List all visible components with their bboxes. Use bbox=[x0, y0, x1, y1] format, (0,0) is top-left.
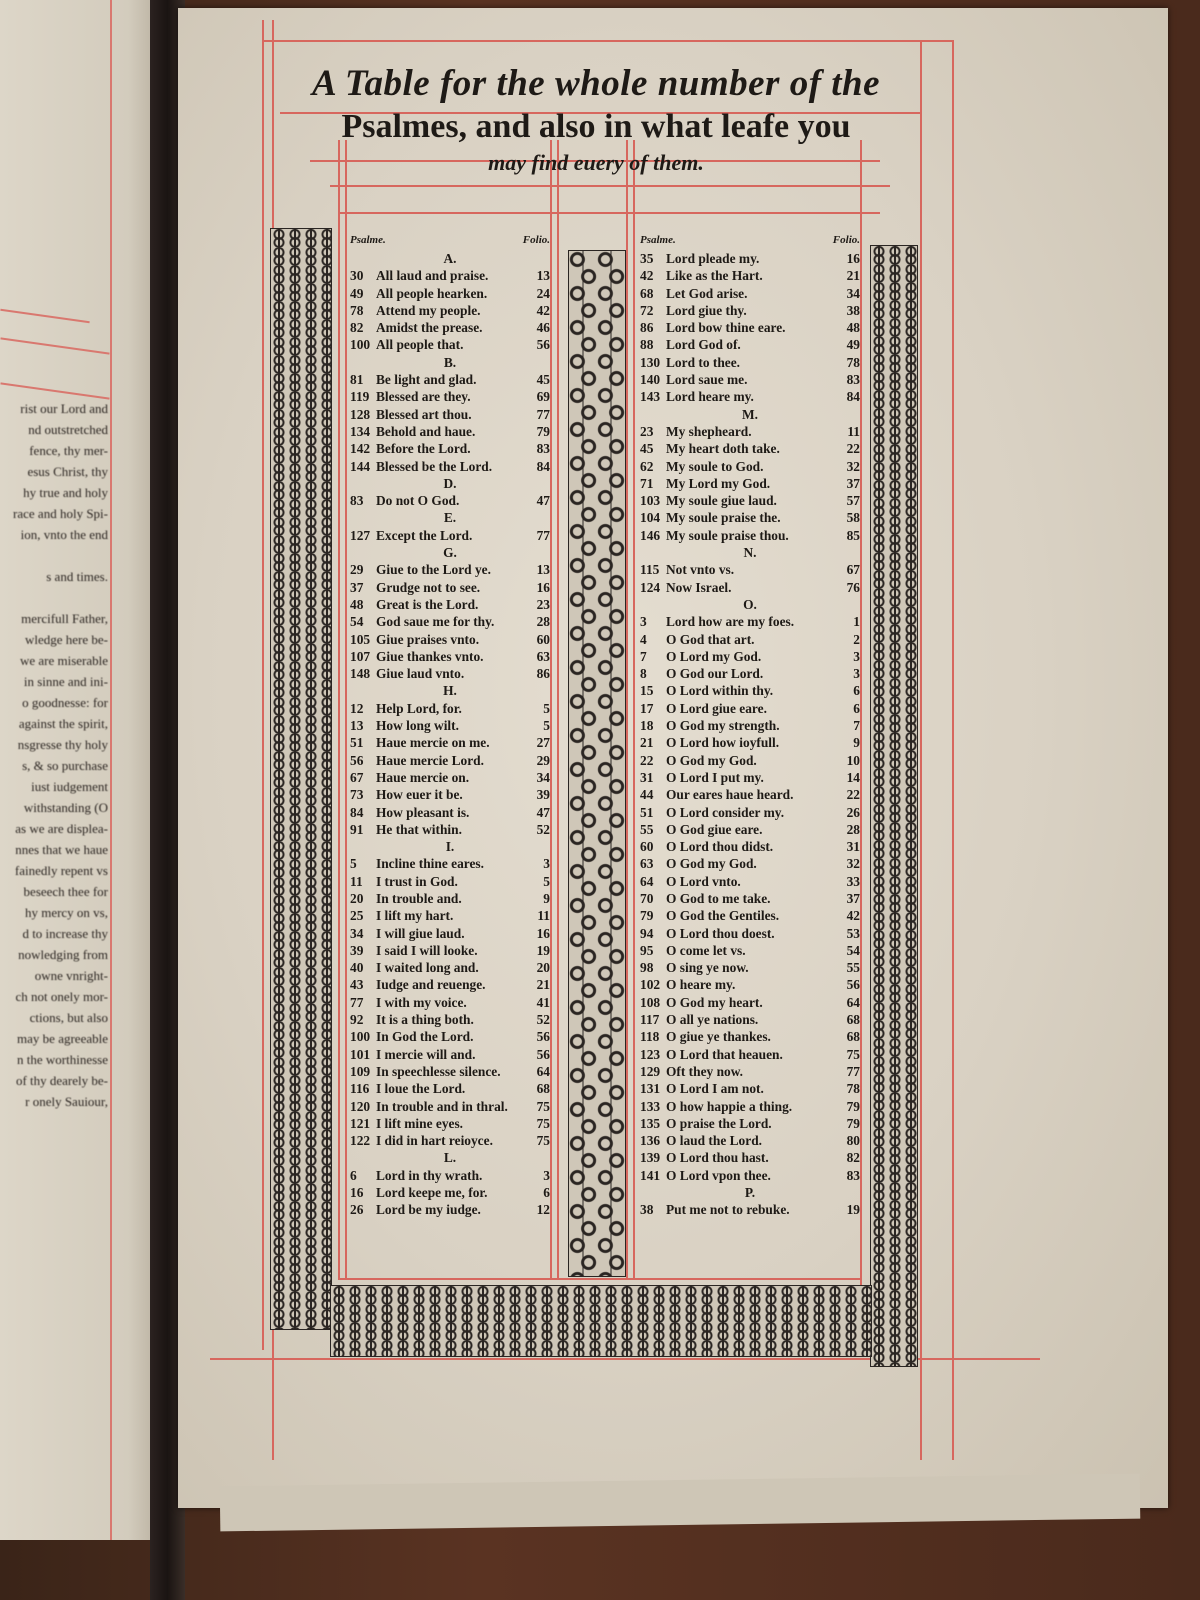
previous-page-line bbox=[0, 209, 108, 230]
psalm-number: 38 bbox=[640, 1201, 666, 1218]
psalm-incipit: Lord in thy wrath. bbox=[376, 1167, 526, 1184]
index-entry: 34I will giue laud.16 bbox=[350, 925, 550, 942]
folio-number: 77 bbox=[526, 527, 550, 544]
psalm-incipit: My soule giue laud. bbox=[666, 492, 836, 509]
psalm-incipit: O Lord how ioyfull. bbox=[666, 734, 836, 751]
psalm-number: 78 bbox=[350, 302, 376, 319]
folio-number: 9 bbox=[526, 890, 550, 907]
index-entry: 95O come let vs.54 bbox=[640, 942, 860, 959]
index-entry: 143Lord heare my.84 bbox=[640, 388, 860, 405]
psalm-number: 15 bbox=[640, 682, 666, 699]
folio-number: 20 bbox=[526, 959, 550, 976]
title-line-2: Psalmes, and also in what leafe you bbox=[266, 106, 926, 148]
folio-number: 56 bbox=[526, 1046, 550, 1063]
psalm-number: 127 bbox=[350, 527, 376, 544]
index-entry: 103My soule giue laud.57 bbox=[640, 492, 860, 509]
psalm-incipit: In God the Lord. bbox=[376, 1028, 526, 1045]
previous-page-line: ctions, but also bbox=[0, 1007, 108, 1028]
index-entry: 20In trouble and.9 bbox=[350, 890, 550, 907]
index-entry: 44Our eares haue heard.22 bbox=[640, 786, 860, 803]
psalm-number: 25 bbox=[350, 907, 376, 924]
previous-page-line: s, & so purchase bbox=[0, 755, 108, 776]
psalm-number: 42 bbox=[640, 267, 666, 284]
folio-number: 52 bbox=[526, 1011, 550, 1028]
folio-number: 83 bbox=[836, 1167, 860, 1184]
index-entry: 92It is a thing both.52 bbox=[350, 1011, 550, 1028]
section-letter: H. bbox=[350, 682, 550, 699]
psalm-number: 55 bbox=[640, 821, 666, 838]
previous-page-text: rist our Lord andnd outstretchedfence, t… bbox=[0, 20, 108, 1112]
folio-number: 7 bbox=[836, 717, 860, 734]
psalm-number: 51 bbox=[350, 734, 376, 751]
index-entry: 35Lord pleade my.16 bbox=[640, 250, 860, 267]
index-entry: 56Haue mercie Lord.29 bbox=[350, 752, 550, 769]
index-entry: 39I said I will looke.19 bbox=[350, 942, 550, 959]
index-entry: 7O Lord my God.3 bbox=[640, 648, 860, 665]
psalm-incipit: Incline thine eares. bbox=[376, 855, 526, 872]
previous-page-line: as we are displea- bbox=[0, 818, 108, 839]
section-letter: D. bbox=[350, 475, 550, 492]
index-entries: 35Lord pleade my.1642Like as the Hart.21… bbox=[640, 250, 860, 1219]
index-entry: 73How euer it be.39 bbox=[350, 786, 550, 803]
psalm-number: 102 bbox=[640, 976, 666, 993]
red-rule bbox=[338, 140, 340, 1280]
index-entry: 124Now Israel.76 bbox=[640, 579, 860, 596]
folio-number: 75 bbox=[526, 1132, 550, 1149]
psalm-incipit: O giue ye thankes. bbox=[666, 1028, 836, 1045]
psalm-number: 141 bbox=[640, 1167, 666, 1184]
psalm-number: 70 bbox=[640, 890, 666, 907]
index-entry: 104My soule praise the.58 bbox=[640, 509, 860, 526]
folio-number: 77 bbox=[836, 1063, 860, 1080]
folio-number: 26 bbox=[836, 804, 860, 821]
previous-page-line bbox=[0, 41, 108, 62]
folio-number: 46 bbox=[526, 319, 550, 336]
psalm-incipit: O Lord I put my. bbox=[666, 769, 836, 786]
previous-page-line: we are miserable bbox=[0, 650, 108, 671]
index-entry: 82Amidst the prease.46 bbox=[350, 319, 550, 336]
psalm-number: 29 bbox=[350, 561, 376, 578]
psalm-number: 44 bbox=[640, 786, 666, 803]
folio-number: 22 bbox=[836, 786, 860, 803]
folio-number: 75 bbox=[526, 1098, 550, 1115]
folio-number: 56 bbox=[526, 336, 550, 353]
previous-page-line: rist our Lord and bbox=[0, 398, 108, 419]
index-entry: 83Do not O God.47 bbox=[350, 492, 550, 509]
psalm-number: 72 bbox=[640, 302, 666, 319]
previous-page-line bbox=[0, 104, 108, 125]
psalm-incipit: O praise the Lord. bbox=[666, 1115, 836, 1132]
index-entry: 70O God to me take.37 bbox=[640, 890, 860, 907]
index-entry: 30All laud and praise.13 bbox=[350, 267, 550, 284]
psalm-incipit: Before the Lord. bbox=[376, 440, 526, 457]
previous-page-line bbox=[0, 188, 108, 209]
index-entry: 3Lord how are my foes.1 bbox=[640, 613, 860, 630]
psalm-incipit: Do not O God. bbox=[376, 492, 526, 509]
psalm-incipit: O God that art. bbox=[666, 631, 836, 648]
previous-page-line bbox=[0, 587, 108, 608]
psalm-incipit: I lift mine eyes. bbox=[376, 1115, 526, 1132]
page-title: A Table for the whole number of the Psal… bbox=[266, 62, 926, 178]
psalm-incipit: I will giue laud. bbox=[376, 925, 526, 942]
psalm-incipit: Lord be my iudge. bbox=[376, 1201, 526, 1218]
index-entry: 12Help Lord, for.5 bbox=[350, 700, 550, 717]
psalm-incipit: I waited long and. bbox=[376, 959, 526, 976]
index-entry: 78Attend my people.42 bbox=[350, 302, 550, 319]
psalm-incipit: O God my strength. bbox=[666, 717, 836, 734]
psalm-incipit: Giue laud vnto. bbox=[376, 665, 526, 682]
psalm-number: 123 bbox=[640, 1046, 666, 1063]
folio-number: 68 bbox=[526, 1080, 550, 1097]
psalm-incipit: Lord saue me. bbox=[666, 371, 836, 388]
previous-page-line: in sinne and ini- bbox=[0, 671, 108, 692]
folio-number: 60 bbox=[526, 631, 550, 648]
psalm-incipit: I trust in God. bbox=[376, 873, 526, 890]
psalm-incipit: All laud and praise. bbox=[376, 267, 526, 284]
folio-number: 6 bbox=[836, 700, 860, 717]
index-entry: 8O God our Lord.3 bbox=[640, 665, 860, 682]
index-entry: 88Lord God of.49 bbox=[640, 336, 860, 353]
folio-number: 80 bbox=[836, 1132, 860, 1149]
psalm-number: 94 bbox=[640, 925, 666, 942]
psalm-incipit: God saue me for thy. bbox=[376, 613, 526, 630]
index-entry: 26Lord be my iudge.12 bbox=[350, 1201, 550, 1218]
index-entry: 51Haue mercie on me.27 bbox=[350, 734, 550, 751]
index-entry: 25I lift my hart.11 bbox=[350, 907, 550, 924]
folio-number: 24 bbox=[526, 285, 550, 302]
psalm-incipit: O laud the Lord. bbox=[666, 1132, 836, 1149]
section-letter: M. bbox=[640, 406, 860, 423]
psalm-index-left-column: Psalme. Folio. A.30All laud and praise.1… bbox=[350, 232, 550, 1219]
index-entry: 45My heart doth take.22 bbox=[640, 440, 860, 457]
psalm-incipit: O God my God. bbox=[666, 752, 836, 769]
psalm-incipit: Blessed art thou. bbox=[376, 406, 526, 423]
previous-page-line bbox=[0, 251, 108, 272]
index-entry: 135O praise the Lord.79 bbox=[640, 1115, 860, 1132]
folio-number: 42 bbox=[526, 302, 550, 319]
index-entry: 128Blessed art thou.77 bbox=[350, 406, 550, 423]
folio-number: 6 bbox=[526, 1184, 550, 1201]
psalm-incipit: My heart doth take. bbox=[666, 440, 836, 457]
psalm-incipit: Oft they now. bbox=[666, 1063, 836, 1080]
psalm-number: 101 bbox=[350, 1046, 376, 1063]
section-letter: A. bbox=[350, 250, 550, 267]
folio-number: 37 bbox=[836, 475, 860, 492]
psalm-number: 130 bbox=[640, 354, 666, 371]
folio-number: 31 bbox=[836, 838, 860, 855]
index-entry: 6Lord in thy wrath.3 bbox=[350, 1167, 550, 1184]
psalm-incipit: O how happie a thing. bbox=[666, 1098, 836, 1115]
folio-number: 16 bbox=[836, 250, 860, 267]
section-letter: L. bbox=[350, 1149, 550, 1166]
psalm-number: 104 bbox=[640, 509, 666, 526]
index-entry: 136O laud the Lord.80 bbox=[640, 1132, 860, 1149]
psalm-number: 22 bbox=[640, 752, 666, 769]
folio-number: 3 bbox=[526, 855, 550, 872]
folio-number: 38 bbox=[836, 302, 860, 319]
previous-page-line: withstanding (O bbox=[0, 797, 108, 818]
psalm-incipit: Haue mercie on me. bbox=[376, 734, 526, 751]
psalm-number: 60 bbox=[640, 838, 666, 855]
psalm-incipit: All people hearken. bbox=[376, 285, 526, 302]
index-entry: 5Incline thine eares.3 bbox=[350, 855, 550, 872]
section-letter: I. bbox=[350, 838, 550, 855]
psalm-incipit: Lord pleade my. bbox=[666, 250, 836, 267]
index-entry: 118O giue ye thankes.68 bbox=[640, 1028, 860, 1045]
previous-page-line: d to increase thy bbox=[0, 923, 108, 944]
folio-number: 6 bbox=[836, 682, 860, 699]
index-entry: 68Let God arise.34 bbox=[640, 285, 860, 302]
psalm-number: 6 bbox=[350, 1167, 376, 1184]
psalm-number: 26 bbox=[350, 1201, 376, 1218]
index-entry: 60O Lord thou didst.31 bbox=[640, 838, 860, 855]
psalm-incipit: My soule to God. bbox=[666, 458, 836, 475]
index-entry: 54God saue me for thy.28 bbox=[350, 613, 550, 630]
folio-number: 53 bbox=[836, 925, 860, 942]
red-rule bbox=[340, 1278, 860, 1280]
index-entry: 144Blessed be the Lord.84 bbox=[350, 458, 550, 475]
previous-page-line: r onely Sauiour, bbox=[0, 1091, 108, 1112]
psalm-incipit: It is a thing both. bbox=[376, 1011, 526, 1028]
psalm-incipit: Amidst the prease. bbox=[376, 319, 526, 336]
psalm-incipit: O Lord thou hast. bbox=[666, 1149, 836, 1166]
psalm-incipit: O sing ye now. bbox=[666, 959, 836, 976]
folio-number: 13 bbox=[526, 267, 550, 284]
psalm-number: 120 bbox=[350, 1098, 376, 1115]
psalm-number: 35 bbox=[640, 250, 666, 267]
psalm-incipit: I with my voice. bbox=[376, 994, 526, 1011]
column-header: Psalme. Folio. bbox=[350, 232, 550, 250]
psalm-incipit: O God the Gentiles. bbox=[666, 907, 836, 924]
psalm-number: 31 bbox=[640, 769, 666, 786]
psalm-incipit: Now Israel. bbox=[666, 579, 836, 596]
psalm-incipit: Haue mercie on. bbox=[376, 769, 526, 786]
folio-number: 67 bbox=[836, 561, 860, 578]
psalm-number: 107 bbox=[350, 648, 376, 665]
red-rule bbox=[860, 140, 862, 1290]
psalm-number: 77 bbox=[350, 994, 376, 1011]
previous-page-line: wledge here be- bbox=[0, 629, 108, 650]
psalm-number: 13 bbox=[350, 717, 376, 734]
index-entry: 91He that within.52 bbox=[350, 821, 550, 838]
folio-number: 49 bbox=[836, 336, 860, 353]
index-entry: 101I mercie will and.56 bbox=[350, 1046, 550, 1063]
psalm-number: 20 bbox=[350, 890, 376, 907]
psalm-number: 140 bbox=[640, 371, 666, 388]
previous-page-line bbox=[0, 377, 108, 398]
psalm-incipit: Help Lord, for. bbox=[376, 700, 526, 717]
psalm-number: 143 bbox=[640, 388, 666, 405]
psalm-incipit: Giue thankes vnto. bbox=[376, 648, 526, 665]
index-entry: 130Lord to thee.78 bbox=[640, 354, 860, 371]
folio-number: 76 bbox=[836, 579, 860, 596]
index-entry: 31O Lord I put my.14 bbox=[640, 769, 860, 786]
psalm-number: 39 bbox=[350, 942, 376, 959]
psalm-header: Psalme. bbox=[640, 232, 676, 250]
folio-number: 12 bbox=[526, 1201, 550, 1218]
previous-page-line bbox=[0, 314, 108, 335]
index-entry: 71My Lord my God.37 bbox=[640, 475, 860, 492]
folio-number: 45 bbox=[526, 371, 550, 388]
previous-page-line: may be agreeable bbox=[0, 1028, 108, 1049]
previous-page-line: fainedly repent vs bbox=[0, 860, 108, 881]
previous-page-line bbox=[0, 167, 108, 188]
psalm-number: 62 bbox=[640, 458, 666, 475]
folio-number: 82 bbox=[836, 1149, 860, 1166]
title-line-1: A Table for the whole number of the bbox=[266, 62, 926, 106]
folio-number: 58 bbox=[836, 509, 860, 526]
psalm-number: 83 bbox=[350, 492, 376, 509]
folio-number: 3 bbox=[526, 1167, 550, 1184]
folio-number: 83 bbox=[836, 371, 860, 388]
psalm-number: 12 bbox=[350, 700, 376, 717]
previous-page-line: nsgresse thy holy bbox=[0, 734, 108, 755]
psalm-number: 100 bbox=[350, 1028, 376, 1045]
psalm-number: 115 bbox=[640, 561, 666, 578]
psalm-number: 3 bbox=[640, 613, 666, 630]
index-entry: 51O Lord consider my.26 bbox=[640, 804, 860, 821]
index-entry: 141O Lord vpon thee.83 bbox=[640, 1167, 860, 1184]
folio-number: 23 bbox=[526, 596, 550, 613]
psalm-number: 95 bbox=[640, 942, 666, 959]
psalm-number: 122 bbox=[350, 1132, 376, 1149]
red-rule bbox=[550, 140, 552, 1280]
psalm-incipit: I lift my hart. bbox=[376, 907, 526, 924]
previous-page-line: ch not onely mor- bbox=[0, 986, 108, 1007]
psalm-incipit: How euer it be. bbox=[376, 786, 526, 803]
previous-page-line: esus Christ, thy bbox=[0, 461, 108, 482]
psalm-number: 49 bbox=[350, 285, 376, 302]
index-entry: 122I did in hart reioyce.75 bbox=[350, 1132, 550, 1149]
psalm-incipit: O Lord consider my. bbox=[666, 804, 836, 821]
previous-page-line bbox=[0, 293, 108, 314]
psalm-number: 100 bbox=[350, 336, 376, 353]
psalm-number: 117 bbox=[640, 1011, 666, 1028]
folio-number: 5 bbox=[526, 873, 550, 890]
psalm-incipit: I did in hart reioyce. bbox=[376, 1132, 526, 1149]
psalm-number: 131 bbox=[640, 1080, 666, 1097]
psalm-incipit: O Lord within thy. bbox=[666, 682, 836, 699]
folio-number: 42 bbox=[836, 907, 860, 924]
red-rule bbox=[340, 212, 880, 214]
folio-number: 64 bbox=[836, 994, 860, 1011]
folio-number: 19 bbox=[526, 942, 550, 959]
previous-page-fragment: rist our Lord andnd outstretchedfence, t… bbox=[0, 0, 160, 1540]
psalm-number: 136 bbox=[640, 1132, 666, 1149]
folio-number: 57 bbox=[836, 492, 860, 509]
index-entry: 64O Lord vnto.33 bbox=[640, 873, 860, 890]
psalm-incipit: O God to me take. bbox=[666, 890, 836, 907]
psalm-number: 67 bbox=[350, 769, 376, 786]
index-entry: 77I with my voice.41 bbox=[350, 994, 550, 1011]
index-entry: 37Grudge not to see.16 bbox=[350, 579, 550, 596]
previous-page-line: hy mercy on vs, bbox=[0, 902, 108, 923]
index-entry: 127Except the Lord.77 bbox=[350, 527, 550, 544]
folio-number: 21 bbox=[526, 976, 550, 993]
psalm-incipit: O Lord vpon thee. bbox=[666, 1167, 836, 1184]
title-line-3: may find euery of them. bbox=[266, 148, 926, 178]
psalm-incipit: In trouble and. bbox=[376, 890, 526, 907]
previous-page-line: against the spirit, bbox=[0, 713, 108, 734]
psalm-incipit: Blessed be the Lord. bbox=[376, 458, 526, 475]
index-entry: 115Not vnto vs.67 bbox=[640, 561, 860, 578]
psalm-number: 146 bbox=[640, 527, 666, 544]
previous-page-line bbox=[0, 146, 108, 167]
index-entry: 100All people that.56 bbox=[350, 336, 550, 353]
previous-page-line bbox=[0, 356, 108, 377]
psalm-number: 71 bbox=[640, 475, 666, 492]
psalm-incipit: O Lord giue eare. bbox=[666, 700, 836, 717]
previous-page-line: beseech thee for bbox=[0, 881, 108, 902]
folio-number: 79 bbox=[836, 1098, 860, 1115]
index-entry: 84How pleasant is.47 bbox=[350, 804, 550, 821]
index-entry: 86Lord bow thine eare.48 bbox=[640, 319, 860, 336]
folio-number: 48 bbox=[836, 319, 860, 336]
index-entry: 107Giue thankes vnto.63 bbox=[350, 648, 550, 665]
folio-number: 75 bbox=[526, 1115, 550, 1132]
section-letter: N. bbox=[640, 544, 860, 561]
psalm-number: 48 bbox=[350, 596, 376, 613]
psalm-incipit: O all ye nations. bbox=[666, 1011, 836, 1028]
psalm-number: 73 bbox=[350, 786, 376, 803]
psalm-number: 128 bbox=[350, 406, 376, 423]
folio-number: 56 bbox=[526, 1028, 550, 1045]
red-rule bbox=[952, 40, 954, 1460]
psalm-number: 124 bbox=[640, 579, 666, 596]
previous-page-line: fence, thy mer- bbox=[0, 440, 108, 461]
psalm-incipit: In trouble and in thral. bbox=[376, 1098, 526, 1115]
column-header: Psalme. Folio. bbox=[640, 232, 860, 250]
psalm-number: 16 bbox=[350, 1184, 376, 1201]
folio-number: 11 bbox=[526, 907, 550, 924]
folio-number: 55 bbox=[836, 959, 860, 976]
index-entry: 22O God my God.10 bbox=[640, 752, 860, 769]
psalm-incipit: How long wilt. bbox=[376, 717, 526, 734]
psalm-number: 108 bbox=[640, 994, 666, 1011]
index-entry: 100In God the Lord.56 bbox=[350, 1028, 550, 1045]
psalm-incipit: He that within. bbox=[376, 821, 526, 838]
previous-page-line: race and holy Spi- bbox=[0, 503, 108, 524]
psalm-number: 116 bbox=[350, 1080, 376, 1097]
psalm-number: 139 bbox=[640, 1149, 666, 1166]
index-entry: 109In speechlesse silence.64 bbox=[350, 1063, 550, 1080]
psalm-incipit: Blessed are they. bbox=[376, 388, 526, 405]
folio-number: 41 bbox=[526, 994, 550, 1011]
previous-page-line: o goodnesse: for bbox=[0, 692, 108, 713]
previous-page-line: n the worthinesse bbox=[0, 1049, 108, 1070]
psalm-number: 51 bbox=[640, 804, 666, 821]
psalm-number: 144 bbox=[350, 458, 376, 475]
index-entry: 48Great is the Lord.23 bbox=[350, 596, 550, 613]
psalm-number: 86 bbox=[640, 319, 666, 336]
psalm-incipit: My Lord my God. bbox=[666, 475, 836, 492]
psalm-number: 8 bbox=[640, 665, 666, 682]
psalm-number: 43 bbox=[350, 976, 376, 993]
psalm-number: 37 bbox=[350, 579, 376, 596]
index-entry: 119Blessed are they.69 bbox=[350, 388, 550, 405]
psalm-incipit: Behold and haue. bbox=[376, 423, 526, 440]
folio-number: 5 bbox=[526, 717, 550, 734]
index-entry: 146My soule praise thou.85 bbox=[640, 527, 860, 544]
psalm-incipit: Not vnto vs. bbox=[666, 561, 836, 578]
folio-number: 52 bbox=[526, 821, 550, 838]
folio-number: 84 bbox=[836, 388, 860, 405]
folio-number: 77 bbox=[526, 406, 550, 423]
red-rule bbox=[262, 40, 952, 42]
previous-page-line: s and times. bbox=[0, 566, 108, 587]
folio-number: 47 bbox=[526, 492, 550, 509]
bottom-ornamental-border bbox=[330, 1285, 872, 1357]
